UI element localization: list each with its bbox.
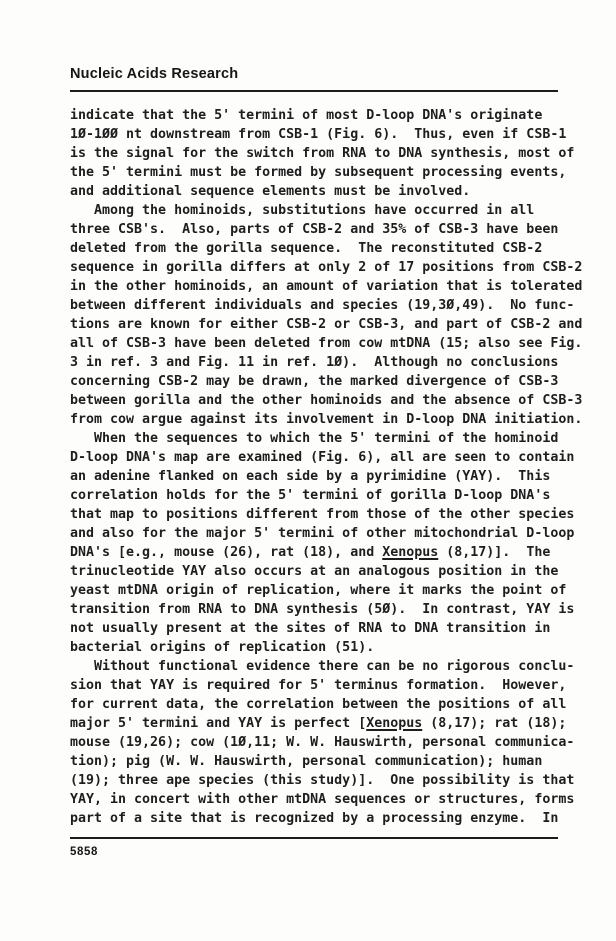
underlined-species-term: Xenopus (382, 545, 438, 560)
text-line: bacterial origins of replication (51). (70, 638, 600, 657)
journal-running-head: Nucleic Acids Research (70, 66, 238, 82)
text-line: 1Ø-1ØØ nt downstream from CSB-1 (Fig. 6)… (70, 125, 600, 144)
text-line: trinucleotide YAY also occurs at an anal… (70, 562, 600, 581)
text-line: concerning CSB-2 may be drawn, the marke… (70, 372, 600, 391)
text-line: from cow argue against its involvement i… (70, 410, 600, 429)
text-line: mouse (19,26); cow (1Ø,11; W. W. Hauswir… (70, 733, 600, 752)
text-line: Without functional evidence there can be… (70, 657, 600, 676)
text-line: (19); three ape species (this study)]. O… (70, 771, 600, 790)
text-line: transition from RNA to DNA synthesis (5Ø… (70, 600, 600, 619)
text-line: between different individuals and specie… (70, 296, 600, 315)
text-line: the 5' termini must be formed by subsequ… (70, 163, 600, 182)
text-line: indicate that the 5' termini of most D-l… (70, 106, 600, 125)
text-line: DNA's [e.g., mouse (26), rat (18), and X… (70, 543, 600, 562)
text-line: When the sequences to which the 5' termi… (70, 429, 600, 448)
text-line: tion); pig (W. W. Hauswirth, personal co… (70, 752, 600, 771)
text-line: Among the hominoids, substitutions have … (70, 201, 600, 220)
scanned-paper-page: Nucleic Acids Research indicate that the… (0, 0, 616, 941)
text-line: YAY, in concert with other mtDNA sequenc… (70, 790, 600, 809)
text-line: D-loop DNA's map are examined (Fig. 6), … (70, 448, 600, 467)
page-number: 5858 (70, 846, 98, 858)
text-line: between gorilla and the other hominoids … (70, 391, 600, 410)
text-line: and also for the major 5' termini of oth… (70, 524, 600, 543)
text-line: major 5' termini and YAY is perfect [Xen… (70, 714, 600, 733)
text-line: for current data, the correlation betwee… (70, 695, 600, 714)
header-rule (70, 90, 558, 92)
text-line: part of a site that is recognized by a p… (70, 809, 600, 828)
text-line: sequence in gorilla differs at only 2 of… (70, 258, 600, 277)
text-line: sion that YAY is required for 5' terminu… (70, 676, 600, 695)
footer-rule (70, 837, 558, 839)
page-body: indicate that the 5' termini of most D-l… (70, 106, 600, 828)
text-line: that map to positions different from tho… (70, 505, 600, 524)
text-line: an adenine flanked on each side by a pyr… (70, 467, 600, 486)
text-line: correlation holds for the 5' termini of … (70, 486, 600, 505)
text-line: is the signal for the switch from RNA to… (70, 144, 600, 163)
text-line: 3 in ref. 3 and Fig. 11 in ref. 1Ø). Alt… (70, 353, 600, 372)
text-line: deleted from the gorilla sequence. The r… (70, 239, 600, 258)
text-line: tions are known for either CSB-2 or CSB-… (70, 315, 600, 334)
text-line: and additional sequence elements must be… (70, 182, 600, 201)
text-line: all of CSB-3 have been deleted from cow … (70, 334, 600, 353)
text-line: three CSB's. Also, parts of CSB-2 and 35… (70, 220, 600, 239)
underlined-species-term: Xenopus (366, 716, 422, 731)
text-line: not usually present at the sites of RNA … (70, 619, 600, 638)
text-line: yeast mtDNA origin of replication, where… (70, 581, 600, 600)
text-line: in the other hominoids, an amount of var… (70, 277, 600, 296)
